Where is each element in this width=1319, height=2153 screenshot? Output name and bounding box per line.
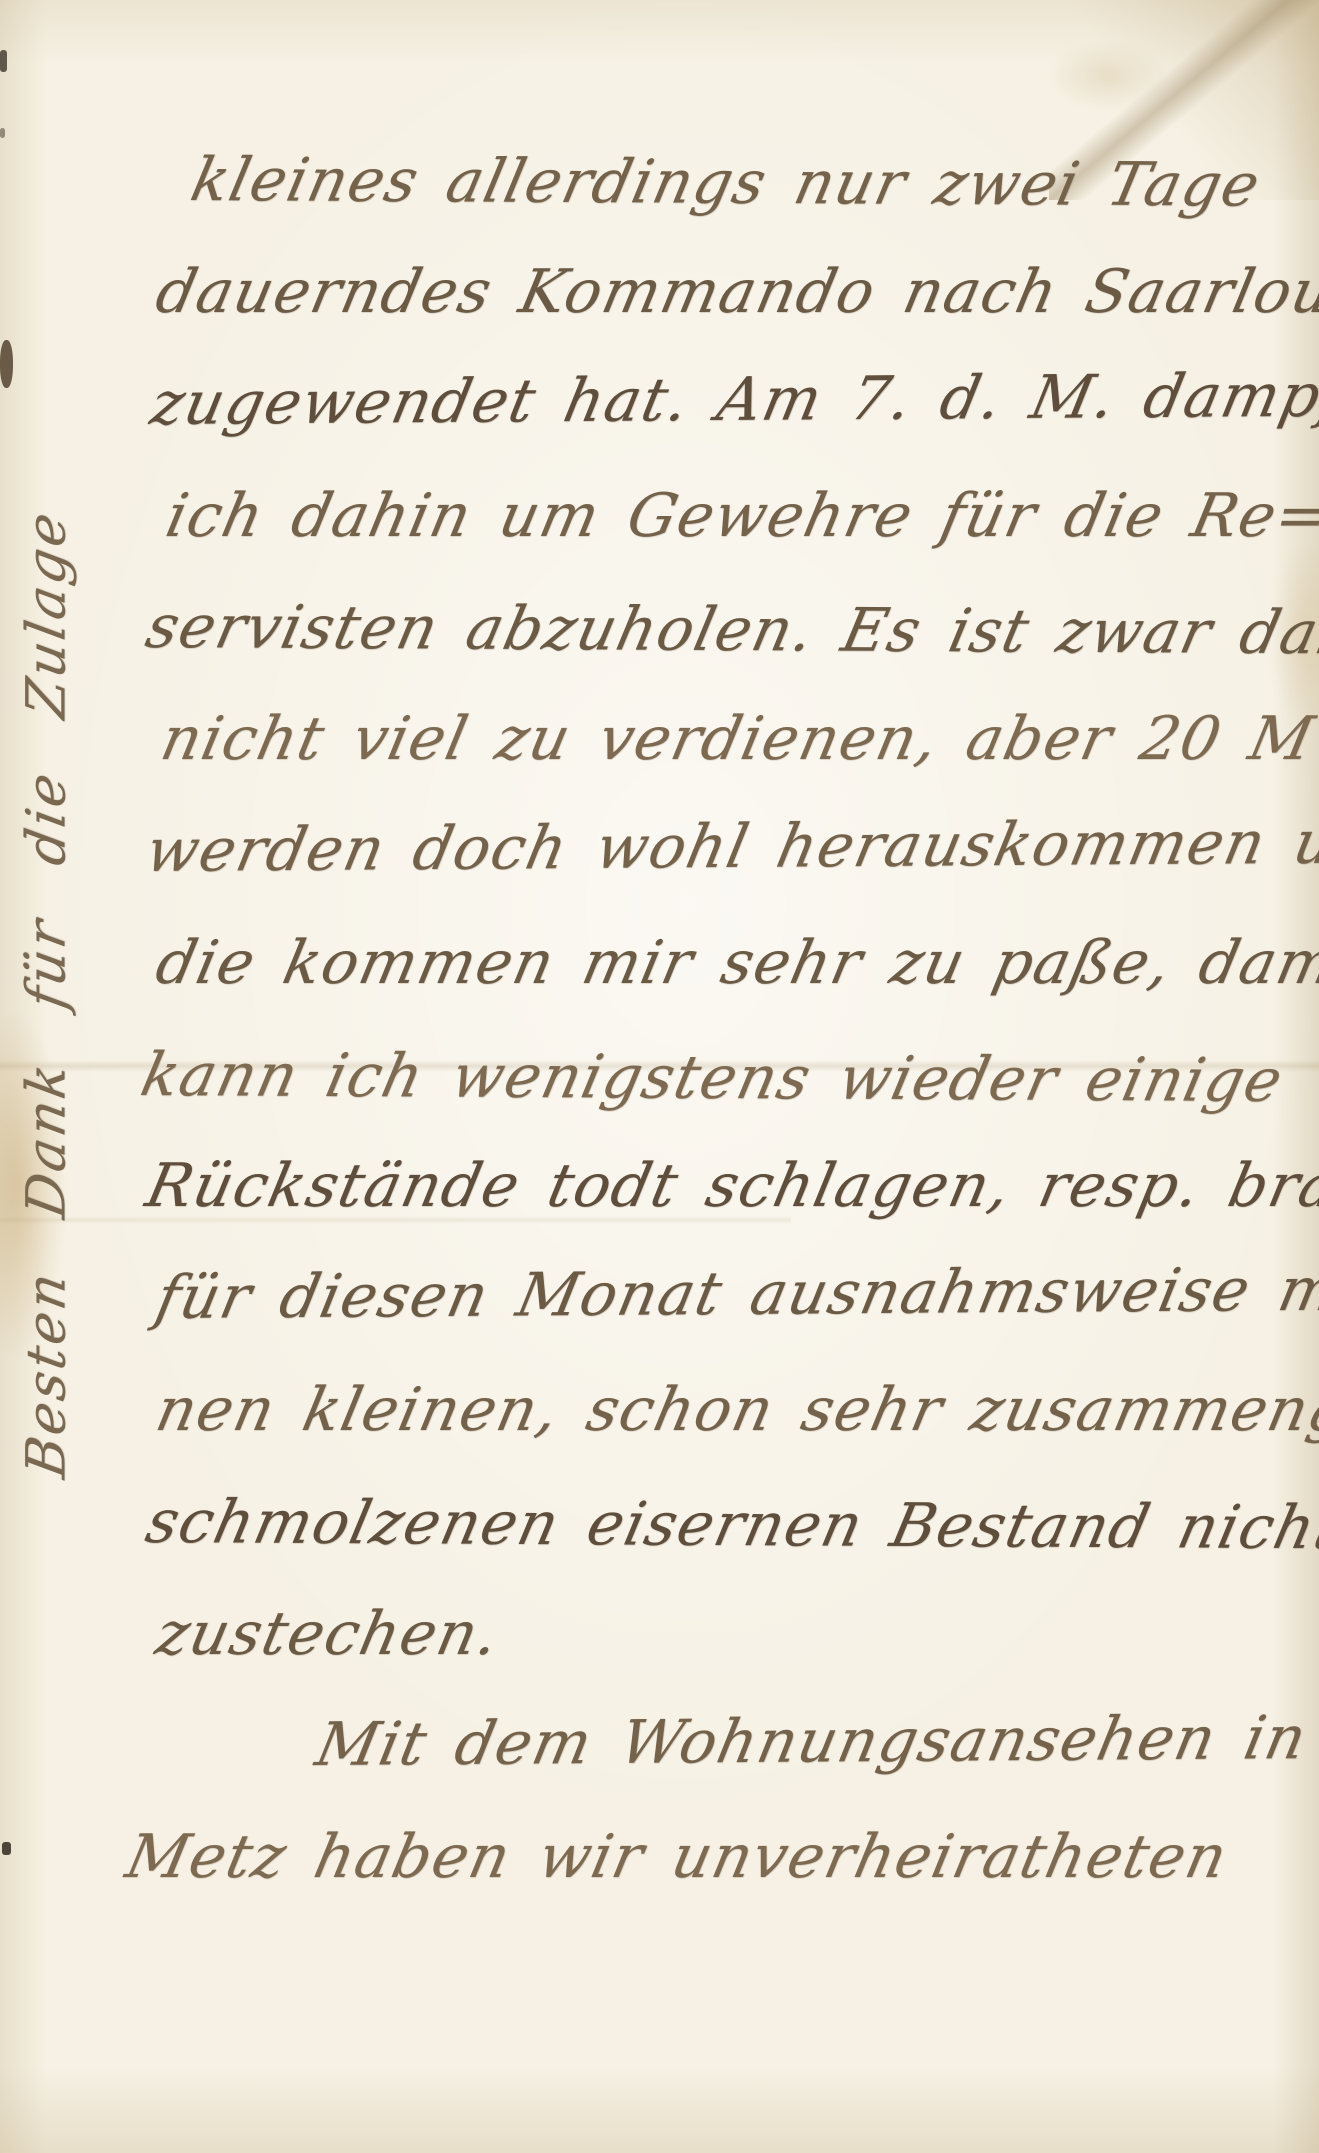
letter-line: servisten abzuholen. Es ist zwar dabei bbox=[140, 592, 1319, 669]
ink-blot bbox=[0, 340, 13, 388]
letter-line: schmolzenen eisernen Bestand nicht an= bbox=[140, 1487, 1319, 1564]
letter-line: zugewendet hat. Am 7. d. M. dampfe bbox=[145, 360, 1319, 439]
edge-speck bbox=[2, 1842, 11, 1855]
edge-speck bbox=[0, 128, 5, 138]
letter-line: werden doch wohl herauskommen und bbox=[140, 807, 1319, 886]
letter-line: für diesen Monat ausnahmsweise mei= bbox=[150, 1254, 1319, 1333]
letter-line: nen kleinen, schon sehr zusammenge= bbox=[150, 1375, 1319, 1445]
letter-line: kleines allerdings nur zwei Tage bbox=[185, 145, 1267, 221]
letter-line: Metz haben wir unverheiratheten bbox=[120, 1822, 1234, 1892]
letter-line: kann ich wenigstens wieder einige bbox=[135, 1040, 1290, 1116]
margin-note-vertical: Besten Dank für die Zulage bbox=[15, 371, 120, 1490]
letter-line: dauerndes Kommando nach Saarlouis bbox=[150, 257, 1319, 327]
letter-line: zustechen. bbox=[150, 1599, 506, 1669]
letter-line: die kommen mir sehr zu paße, damit bbox=[150, 928, 1319, 998]
edge-speck bbox=[0, 50, 7, 72]
paper-stain-top-right bbox=[1049, 40, 1169, 110]
letter-line: Rückstände todt schlagen, resp. brauche bbox=[140, 1151, 1319, 1221]
letter-line: ich dahin um Gewehre für die Re= bbox=[160, 481, 1319, 551]
letter-line: Mit dem Wohnungsansehen in bbox=[310, 1703, 1313, 1780]
letter-line: nicht viel zu verdienen, aber 20 M bbox=[155, 704, 1319, 774]
letter-page: Besten Dank für die Zulage kleines aller… bbox=[0, 0, 1319, 2153]
